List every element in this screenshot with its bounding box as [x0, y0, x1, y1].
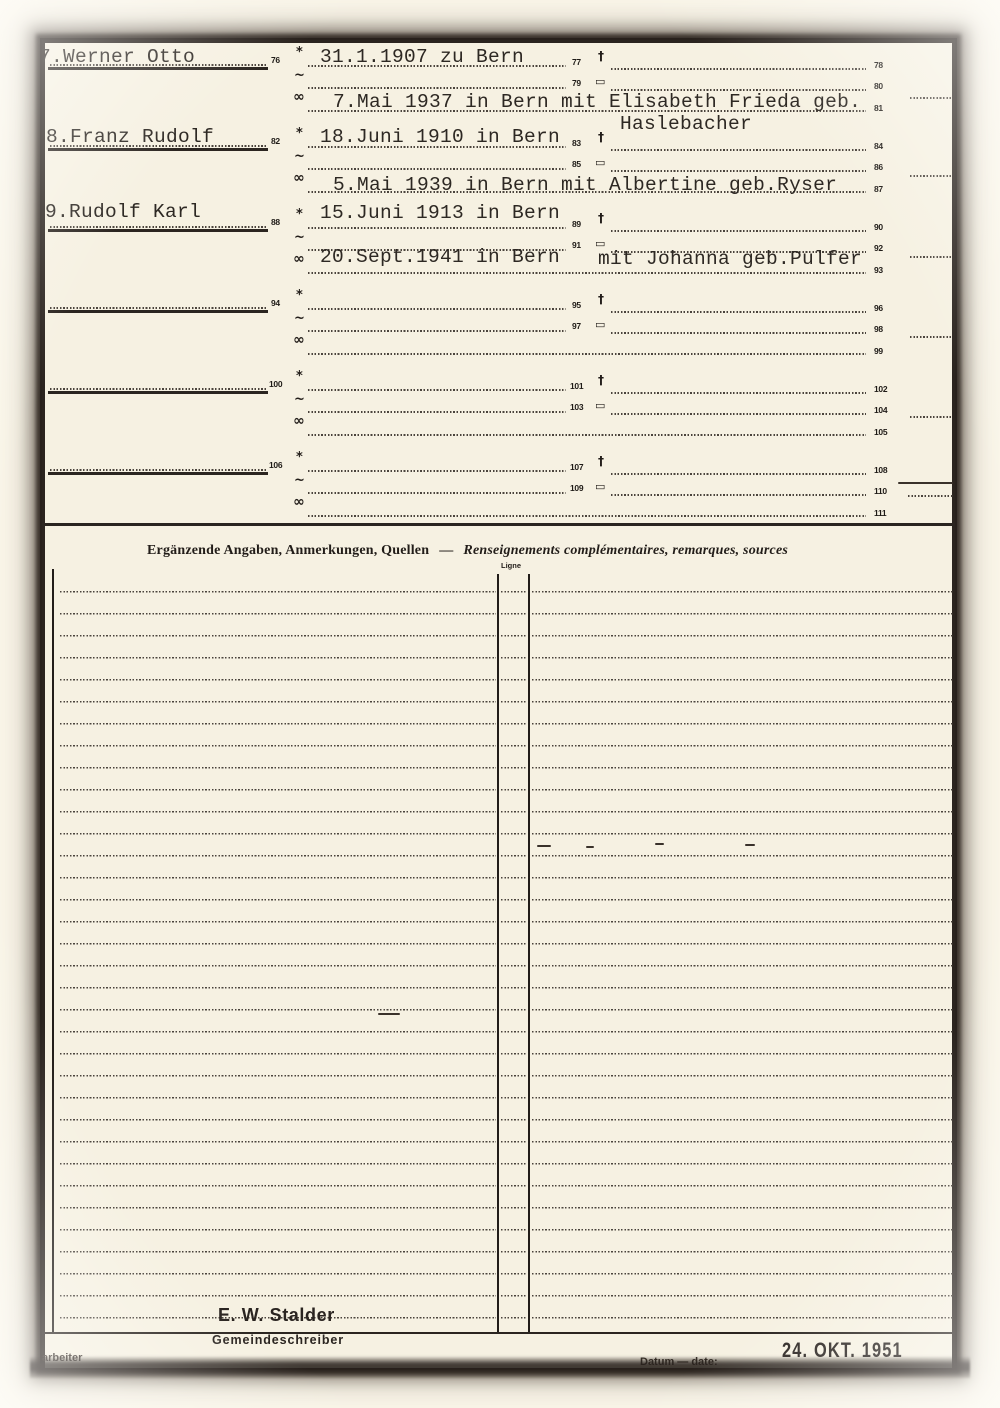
death-symbol-icon: †: [598, 212, 604, 224]
entry-group-6: 106 * 107 † 108 ~ 109 ▭ 110 ∞ 111: [0, 445, 1000, 525]
name-dotted-line: [50, 388, 268, 390]
birth-symbol-icon: *: [296, 451, 303, 465]
line-number-baptism: 85: [572, 159, 581, 169]
person-name-text: Rudolf Karl: [69, 201, 201, 223]
baptism-dotted-line: [308, 492, 566, 494]
section-divider: [42, 523, 955, 526]
card-content: 76 * 77 † 78 ~ 79 ▭ 80 ∞ 81 7.Werner Ott…: [0, 0, 1000, 1408]
death-symbol-icon: †: [598, 50, 604, 62]
marriage-symbol-icon: ∞: [293, 171, 305, 185]
adjacent-card-dotted-line: [910, 416, 953, 418]
line-number-name: 94: [271, 298, 280, 308]
signature-title: Gemeindeschreiber: [212, 1333, 344, 1347]
notes-left-rule: [52, 569, 54, 1332]
death-dotted-line: [611, 392, 866, 394]
baptism-dotted-line: [308, 411, 566, 413]
baptism-symbol-icon: ~: [294, 312, 305, 325]
notes-heading-german: Ergänzende Angaben, Anmerkungen, Quellen: [147, 543, 429, 558]
line-number-birth: 101: [570, 381, 583, 391]
person-index: 9.: [45, 201, 69, 223]
adjacent-card-dotted-line: [910, 97, 953, 99]
notes-heading: Ergänzende Angaben, Anmerkungen, Quellen…: [147, 543, 788, 559]
marriage-dotted-line: [308, 434, 866, 436]
person-name: 8.Franz Rudolf: [46, 127, 214, 147]
marriage-symbol-icon: ∞: [293, 90, 305, 104]
marriage-symbol-icon: ∞: [293, 252, 305, 266]
line-number-baptism: 97: [572, 321, 581, 331]
death-dotted-line: [611, 68, 866, 70]
ink-smudge: [537, 845, 551, 847]
notes-heading-french: Renseignements complémentaires, remarque…: [463, 543, 788, 558]
line-number-death: 108: [874, 465, 887, 475]
ink-smudge: [655, 843, 664, 845]
entry-group-4: 94 * 95 † 96 ~ 97 ▭ 98 ∞ 99: [0, 283, 1000, 363]
burial-symbol-icon: ▭: [595, 400, 605, 411]
marriage-symbol-icon: ∞: [293, 495, 305, 509]
birth-entry: 31.1.1907 zu Bern: [320, 47, 524, 67]
line-column-right-rule: [528, 574, 530, 1332]
marriage-dotted-line: [308, 272, 866, 274]
entry-group-1: 76 * 77 † 78 ~ 79 ▭ 80 ∞ 81 7.Werner Ott…: [0, 40, 1000, 120]
birth-dotted-line: [308, 308, 566, 310]
burial-symbol-icon: ▭: [595, 481, 605, 492]
birth-symbol-icon: *: [296, 127, 303, 141]
death-dotted-line: [611, 473, 866, 475]
birth-dotted-line: [308, 470, 566, 472]
marriage-symbol-icon: ∞: [293, 333, 305, 347]
entry-group-5: 100 * 101 † 102 ~ 103 ▭ 104 ∞ 105: [0, 364, 1000, 444]
name-underline: [48, 391, 268, 394]
notes-heading-separator: —: [439, 543, 453, 558]
line-number-birth: 107: [570, 462, 583, 472]
line-number-burial: 92: [874, 243, 883, 253]
line-number-death: 90: [874, 222, 883, 232]
adjacent-card-dotted-line: [910, 175, 953, 177]
line-number-marriage: 81: [874, 103, 883, 113]
death-symbol-icon: †: [598, 293, 604, 305]
line-number-name: 100: [269, 379, 282, 389]
person-index: 8.: [46, 126, 70, 148]
line-number-burial: 110: [874, 486, 887, 496]
line-number-marriage: 111: [874, 508, 886, 518]
birth-dotted-line: [308, 227, 566, 229]
line-number-name: 106: [269, 460, 282, 470]
line-column-label: Ligne: [501, 561, 521, 570]
birth-entry: 18.Juni 1910 in Bern: [320, 127, 560, 147]
person-name: 7.Werner Otto: [39, 47, 195, 67]
marriage-dotted-line: [308, 353, 866, 355]
line-number-marriage: 93: [874, 265, 883, 275]
line-number-baptism: 103: [570, 402, 583, 412]
line-number-marriage: 87: [874, 184, 883, 194]
line-number-burial: 80: [874, 81, 883, 91]
name-underline: [48, 472, 268, 475]
burial-symbol-icon: ▭: [595, 157, 605, 168]
name-dotted-line: [50, 226, 268, 228]
line-number-name: 82: [271, 136, 280, 146]
marriage-symbol-icon: ∞: [293, 414, 305, 428]
burial-symbol-icon: ▭: [595, 319, 605, 330]
line-number-death: 78: [874, 60, 883, 70]
name-underline: [48, 310, 268, 313]
death-dotted-line: [611, 311, 866, 313]
death-symbol-icon: †: [598, 131, 604, 143]
person-name-text: Franz Rudolf: [70, 126, 214, 148]
entry-group-3: 88 * 89 † 90 ~ 91 ▭ 92 ∞ 93 9.Rudolf Kar…: [0, 202, 1000, 282]
line-number-marriage: 105: [874, 427, 887, 437]
adjacent-card-line-fragment: [898, 482, 953, 484]
ink-smudge: [378, 1013, 400, 1015]
name-underline: [48, 229, 268, 232]
marriage-entry-continued: mit Johanna geb.Pulfer: [598, 249, 862, 269]
line-number-name: 76: [271, 55, 280, 65]
ink-smudge: [586, 846, 594, 848]
baptism-symbol-icon: ~: [294, 150, 305, 163]
line-number-birth: 83: [572, 138, 581, 148]
notes-ruled-lines-left: [60, 591, 496, 1319]
baptism-dotted-line: [308, 330, 566, 332]
line-number-birth: 95: [572, 300, 581, 310]
baptism-dotted-line: [308, 87, 566, 89]
notes-bottom-rule: [42, 1332, 955, 1334]
line-number-birth: 77: [572, 57, 581, 67]
death-dotted-line: [611, 230, 866, 232]
baptism-symbol-icon: ~: [294, 231, 305, 244]
line-number-burial: 98: [874, 324, 883, 334]
burial-dotted-line: [611, 494, 866, 496]
line-number-marriage: 99: [874, 346, 883, 356]
marriage-entry: 20.Sept.1941 in Bern: [320, 247, 560, 267]
line-number-baptism: 109: [570, 483, 583, 493]
burial-dotted-line: [611, 170, 866, 172]
line-number-burial: 104: [874, 405, 887, 415]
baptism-dotted-line: [308, 168, 566, 170]
birth-symbol-icon: *: [296, 46, 303, 60]
line-number-birth: 89: [572, 219, 581, 229]
adjacent-card-dotted-line: [908, 495, 953, 497]
line-number-name: 88: [271, 217, 280, 227]
marriage-entry: 7.Mai 1937 in Bern mit Elisabeth Frieda …: [333, 92, 861, 112]
name-underline: [48, 148, 268, 151]
notes-ruled-lines-right: [532, 591, 953, 1319]
death-symbol-icon: †: [598, 455, 604, 467]
line-number-death: 102: [874, 384, 887, 394]
baptism-symbol-icon: ~: [294, 69, 305, 82]
birth-symbol-icon: *: [296, 208, 303, 222]
birth-symbol-icon: *: [296, 370, 303, 384]
line-number-death: 96: [874, 303, 883, 313]
person-index: 7.: [39, 46, 63, 68]
burial-dotted-line: [611, 413, 866, 415]
line-column-left-rule: [497, 574, 499, 1332]
death-dotted-line: [611, 149, 866, 151]
line-number-death: 84: [874, 141, 883, 151]
baptism-symbol-icon: ~: [294, 474, 305, 487]
marriage-dotted-line: [308, 515, 866, 517]
card-bottom-edge-shadow: [30, 1356, 970, 1378]
birth-entry: 15.Juni 1913 in Bern: [320, 203, 560, 223]
baptism-symbol-icon: ~: [294, 393, 305, 406]
name-dotted-line: [50, 307, 268, 309]
ink-smudge: [745, 844, 755, 846]
birth-symbol-icon: *: [296, 289, 303, 303]
person-name: 9.Rudolf Karl: [45, 202, 201, 222]
adjacent-card-dotted-line: [910, 256, 953, 258]
marriage-entry: 5.Mai 1939 in Bern mit Albertine geb.Rys…: [333, 175, 837, 195]
birth-dotted-line: [308, 389, 566, 391]
notes-ruled-lines-line-column: [501, 591, 527, 1319]
name-dotted-line: [50, 469, 268, 471]
burial-dotted-line: [611, 332, 866, 334]
line-number-baptism: 79: [572, 78, 581, 88]
entry-group-2: 82 * 83 † 84 ~ 85 ▭ 86 ∞ 87 8.Franz Rudo…: [0, 121, 1000, 201]
death-symbol-icon: †: [598, 374, 604, 386]
line-number-burial: 86: [874, 162, 883, 172]
adjacent-card-dotted-line: [910, 336, 953, 338]
signature-name: E. W. Stalder: [218, 1305, 335, 1325]
burial-symbol-icon: ▭: [595, 76, 605, 87]
person-name-text: Werner Otto: [63, 46, 195, 68]
line-number-baptism: 91: [572, 240, 581, 250]
